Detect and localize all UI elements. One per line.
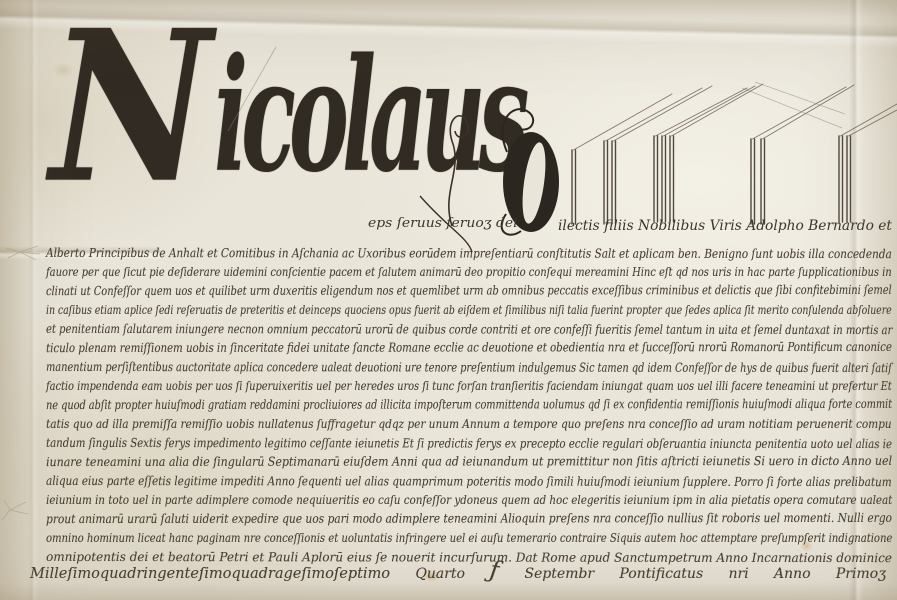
body-line-text: clinati ut Confeſſor quem uos et quilibe… bbox=[46, 280, 892, 300]
body-line-text: ne quod abſit propter huiuſmodi gratiam … bbox=[46, 394, 892, 414]
body-line: omnino hominum liceat hanc paginam nre c… bbox=[46, 527, 892, 546]
paraph-mark: ƒ bbox=[488, 556, 501, 585]
body-line: Alberto Principibus de Anhalt et Comitib… bbox=[46, 242, 892, 262]
dating-line: Milleſimoquadringenteſimoquadrageſimoſep… bbox=[30, 556, 886, 582]
body-line: ticulo plenam remiſſionem uobis in ſince… bbox=[46, 336, 892, 356]
body-line-text: in caſibus etiam aplice ſedi reſeruatis … bbox=[46, 300, 892, 319]
parchment-manuscript-photo: Nicolaus bbox=[0, 0, 897, 600]
body-line-text: prout animarū urarū ſaluti uiderit exped… bbox=[46, 508, 892, 528]
pontificate-word: Pontificatus bbox=[619, 566, 703, 582]
nri-abbrev: nri bbox=[728, 566, 748, 582]
anno-word: Anno bbox=[774, 566, 811, 582]
date-month-word: Septembr bbox=[524, 566, 594, 582]
body-line-text: tatis quo ad illa premiſſa remiſſio uobi… bbox=[46, 414, 892, 433]
body-line: ieiunium in toto uel in parte adimplere … bbox=[46, 489, 892, 508]
body-line-text: iunare teneamini una alia die ſingularū … bbox=[46, 451, 892, 471]
body-line: aliqua eius parte eſſetis legitime imped… bbox=[46, 470, 892, 490]
date-day-word: Quarto bbox=[415, 566, 465, 582]
body-line: in caſibus etiam aplice ſedi reſeruatis … bbox=[46, 299, 892, 318]
vertical-crease-left bbox=[27, 0, 39, 600]
body-line-text: aliqua eius parte eſſetis legitime imped… bbox=[46, 471, 892, 491]
body-line-text: ticulo plenam remiſſionem uobis in ſince… bbox=[46, 337, 892, 357]
body-line: ne quod abſit propter huiuſmodi gratiam … bbox=[46, 393, 892, 413]
address-line-left: eps ſeruus ſeruoʒ dei bbox=[368, 216, 518, 231]
manuscript-body-text: Alberto Principibus de Anhalt et Comitib… bbox=[46, 242, 892, 565]
body-line: prout animarū urarū ſaluti uiderit exped… bbox=[46, 507, 892, 527]
body-line: tatis quo ad illa premiſſa remiſſio uobi… bbox=[46, 413, 892, 432]
body-line: tandum ſingulis Sextis ferys impedimento… bbox=[46, 432, 892, 452]
papal-name-rest: icolaus bbox=[214, 0, 522, 248]
body-line: manentium perſiſtentibus auctoritate apl… bbox=[46, 356, 892, 376]
ornate-initial-n: N bbox=[50, 0, 206, 219]
body-line-text: omnino hominum liceat hanc paginam nre c… bbox=[46, 528, 892, 547]
body-line-text: manentium perſiſtentibus auctoritate apl… bbox=[46, 357, 892, 377]
body-line: fauore per que ſicut pie deſiderare uide… bbox=[46, 261, 892, 280]
body-line-text: Alberto Principibus de Anhalt et Comitib… bbox=[46, 243, 892, 263]
body-line: et penitentiam ſalutarem iniungere necno… bbox=[46, 318, 892, 338]
papal-name-calligraphy: Nicolaus bbox=[50, 16, 620, 228]
address-line-right: ilectis filiis Nobilibus Viris Adolpho B… bbox=[558, 218, 892, 234]
primo-word: Primoʒ bbox=[836, 566, 886, 582]
body-line: factio impendenda eam uobis per uos ſi ſ… bbox=[46, 375, 892, 394]
date-year-word: Milleſimoquadringenteſimoquadrageſimoſep… bbox=[30, 566, 390, 582]
body-line: clinati ut Confeſſor quem uos et quilibe… bbox=[46, 279, 892, 299]
body-line: iunare teneamini una alia die ſingularū … bbox=[46, 450, 892, 470]
